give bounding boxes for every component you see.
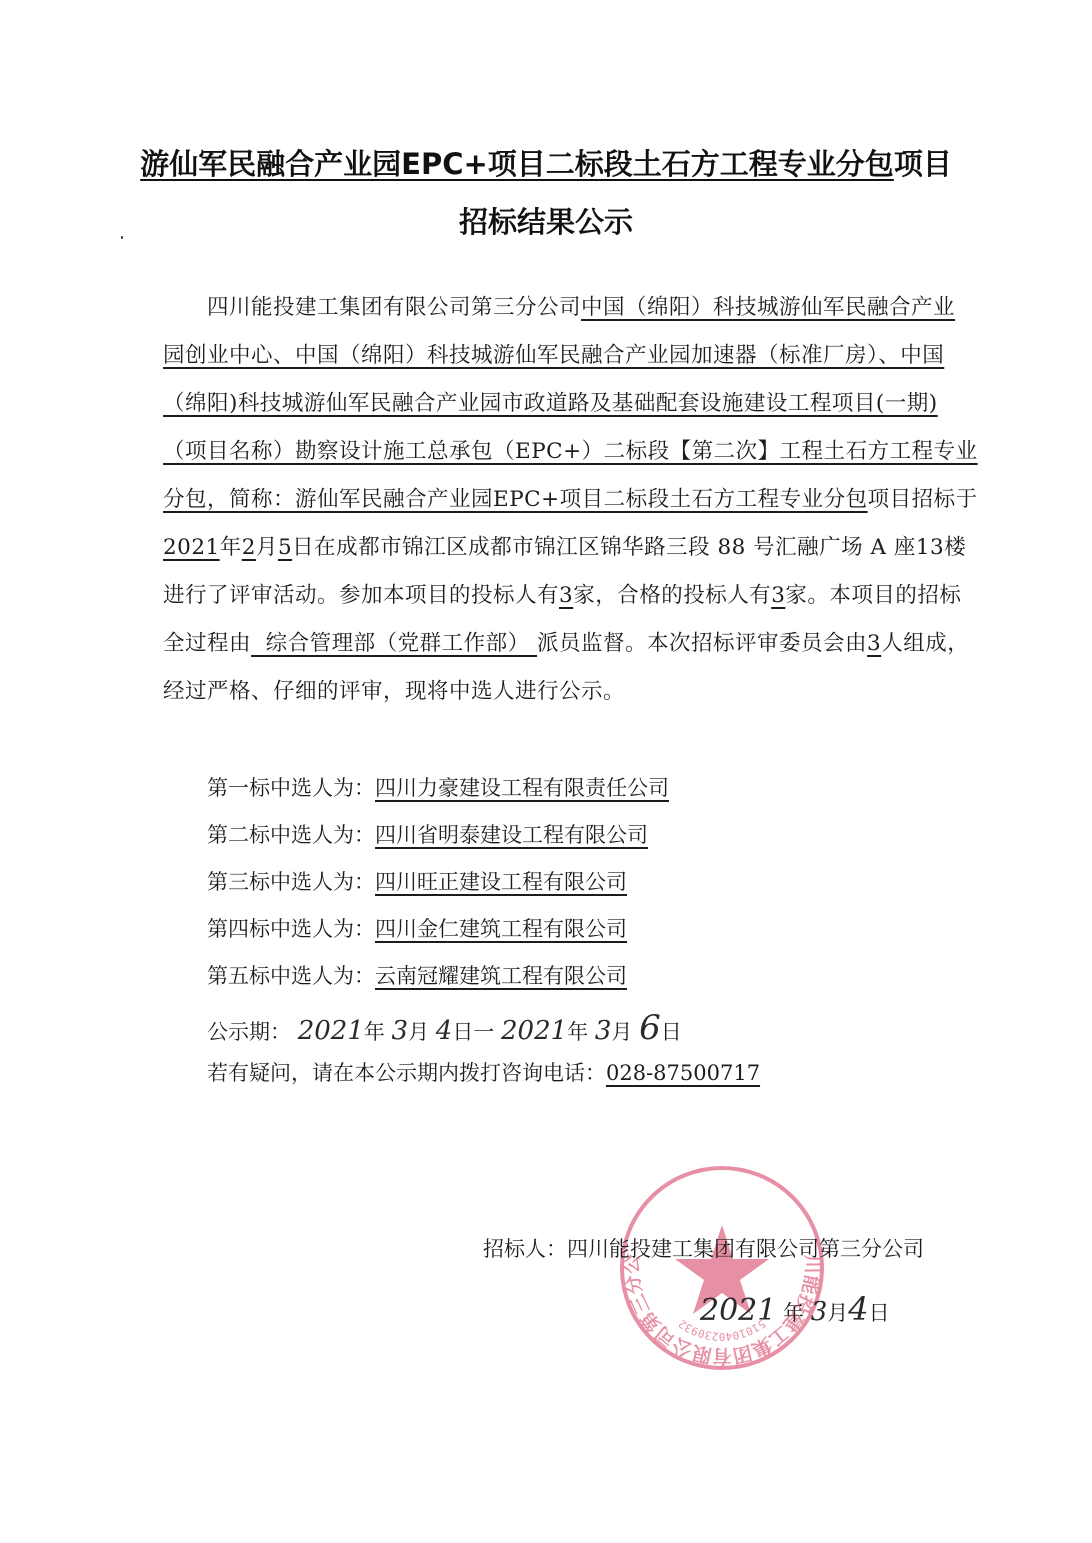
title-tail: 项目 bbox=[894, 147, 952, 181]
handwritten-sign-year: 2021 bbox=[700, 1293, 776, 1328]
para-line-5: 分包，简称：游仙军民融合产业园EPC+项目二标段土石方工程专业分包项目招标于 bbox=[163, 485, 943, 515]
publicity-period: 公示期： 2021年 3月 4日一 2021年 3月 6日 bbox=[207, 1008, 682, 1048]
text: 月 bbox=[611, 1020, 632, 1044]
contact-phone: 028-87500717 bbox=[606, 1061, 760, 1085]
winner-row-4: 第四标中选人为：四川金仁建筑工程有限公司 bbox=[207, 913, 627, 943]
review-day: 5 bbox=[278, 535, 292, 560]
review-month: 2 bbox=[242, 535, 256, 560]
tenderer-name: 四川能投建工集团有限公司第三分公司 bbox=[207, 295, 581, 320]
handwritten-end-year: 2021 bbox=[501, 1016, 567, 1046]
committee-size: 3 bbox=[867, 631, 881, 656]
publicity-label: 公示期： bbox=[207, 1020, 291, 1044]
winner-company: 四川旺正建设工程有限公司 bbox=[375, 870, 627, 894]
review-year: 2021 bbox=[163, 535, 220, 560]
para-line-4: （项目名称）勘察设计施工总承包（EPC+）二标段【第二次】工程土石方工程专业 bbox=[163, 437, 943, 467]
document-page: 游仙军民融合产业园EPC+项目二标段土石方工程专业分包项目 招标结果公示 四川能… bbox=[0, 0, 1092, 1543]
winner-label: 第二标中选人为： bbox=[207, 823, 375, 847]
winner-company: 四川金仁建筑工程有限公司 bbox=[375, 917, 627, 941]
winner-company: 云南冠耀建筑工程有限公司 bbox=[375, 964, 627, 988]
para-line-3: （绵阳)科技城游仙军民融合产业园市政道路及基础配套设施建设工程项目(一期) bbox=[163, 389, 943, 419]
signer-name: 四川能投建工集团有限公司第三分公司 bbox=[567, 1237, 924, 1261]
winner-row-5: 第五标中选人为：云南冠耀建筑工程有限公司 bbox=[207, 960, 627, 990]
winner-company: 四川省明泰建设工程有限公司 bbox=[375, 823, 648, 847]
handwritten-start-day: 4 bbox=[436, 1016, 453, 1046]
para-line-8: 全过程由 综合管理部（党群工作部） 派员监督。本次招标评审委员会由3人组成， bbox=[163, 629, 943, 659]
project-short-name: 分包，简称：游仙军民融合产业园EPC+项目二标段土石方工程专业分包 bbox=[163, 487, 868, 512]
text: 年 bbox=[783, 1301, 804, 1325]
handwritten-sign-month: 3 bbox=[811, 1297, 828, 1327]
para-line-9: 经过严格、仔细的评审，现将中选人进行公示。 bbox=[163, 677, 943, 707]
contact-label: 若有疑问，请在本公示期内拨打咨询电话： bbox=[207, 1061, 606, 1085]
handwritten-start-year: 2021 bbox=[298, 1016, 364, 1046]
text: 日 bbox=[869, 1301, 890, 1325]
document-title-line1: 游仙军民融合产业园EPC+项目二标段土石方工程专业分包项目 bbox=[0, 142, 1092, 183]
text: 派员监督。本次招标评审委员会由 bbox=[537, 631, 867, 656]
handwritten-end-month: 3 bbox=[595, 1016, 612, 1046]
para-line-1: 四川能投建工集团有限公司第三分公司中国（绵阳）科技城游仙军民融合产业 bbox=[207, 293, 943, 323]
winner-label: 第四标中选人为： bbox=[207, 917, 375, 941]
text: 进行了评审活动。参加本项目的投标人有 bbox=[163, 583, 559, 608]
para-line-6: 2021年2月5日在成都市锦江区成都市锦江区锦华路三段 88 号汇融广场 A 座… bbox=[163, 533, 943, 563]
winner-row-3: 第三标中选人为：四川旺正建设工程有限公司 bbox=[207, 866, 627, 896]
winner-company: 四川力豪建设工程有限责任公司 bbox=[375, 776, 669, 800]
text: 家。本项目的招标 bbox=[785, 583, 961, 608]
para-line-7: 进行了评审活动。参加本项目的投标人有3家，合格的投标人有3家。本项目的招标 bbox=[163, 581, 943, 611]
text: 年 bbox=[364, 1020, 385, 1044]
review-location: 日在成都市锦江区成都市锦江区锦华路三段 88 号汇融广场 A 座13楼 bbox=[292, 535, 966, 560]
title-project-name: 游仙军民融合产业园EPC+项目二标段土石方工程专业分包 bbox=[140, 147, 894, 181]
contact-line: 若有疑问，请在本公示期内拨打咨询电话：028-87500717 bbox=[207, 1057, 760, 1087]
text: 月 bbox=[408, 1020, 429, 1044]
document-title-line2: 招标结果公示 bbox=[0, 200, 1092, 241]
text: 年 bbox=[567, 1020, 588, 1044]
winner-label: 第一标中选人为： bbox=[207, 776, 375, 800]
year-suffix: 年 bbox=[220, 535, 242, 560]
handwritten-sign-day: 4 bbox=[848, 1290, 868, 1328]
month-suffix: 月 bbox=[256, 535, 278, 560]
qualified-count: 3 bbox=[771, 583, 785, 608]
project-full-name-start: 中国（绵阳）科技城游仙军民融合产业 bbox=[581, 295, 955, 320]
winner-row-1: 第一标中选人为：四川力豪建设工程有限责任公司 bbox=[207, 772, 669, 802]
text: 日一 bbox=[452, 1020, 494, 1044]
official-seal-icon: 5101040230932 四川能投建工集团有限公司第三分公司 bbox=[617, 1163, 827, 1373]
handwritten-end-day: 6 bbox=[639, 1008, 661, 1048]
handwritten-start-month: 3 bbox=[392, 1016, 409, 1046]
bidder-count: 3 bbox=[559, 583, 573, 608]
text: 家，合格的投标人有 bbox=[573, 583, 771, 608]
text: 全过程由 bbox=[163, 631, 251, 656]
text: 日 bbox=[661, 1020, 682, 1044]
winner-row-2: 第二标中选人为：四川省明泰建设工程有限公司 bbox=[207, 819, 648, 849]
supervising-department: 综合管理部（党群工作部） bbox=[251, 631, 537, 656]
text: 月 bbox=[827, 1301, 848, 1325]
signature-date: 2021 年 3月4日 bbox=[700, 1290, 890, 1328]
text: 人组成， bbox=[881, 631, 969, 656]
winner-label: 第五标中选人为： bbox=[207, 964, 375, 988]
signer-label: 招标人： bbox=[483, 1237, 567, 1261]
para-line-2: 园创业中心、中国（绵阳）科技城游仙军民融合产业园加速器（标准厂房）、中国 bbox=[163, 341, 943, 371]
para-line-5-tail: 项目招标于 bbox=[868, 487, 978, 512]
winner-label: 第三标中选人为： bbox=[207, 870, 375, 894]
tenderer-signature: 招标人：四川能投建工集团有限公司第三分公司 bbox=[483, 1233, 924, 1263]
